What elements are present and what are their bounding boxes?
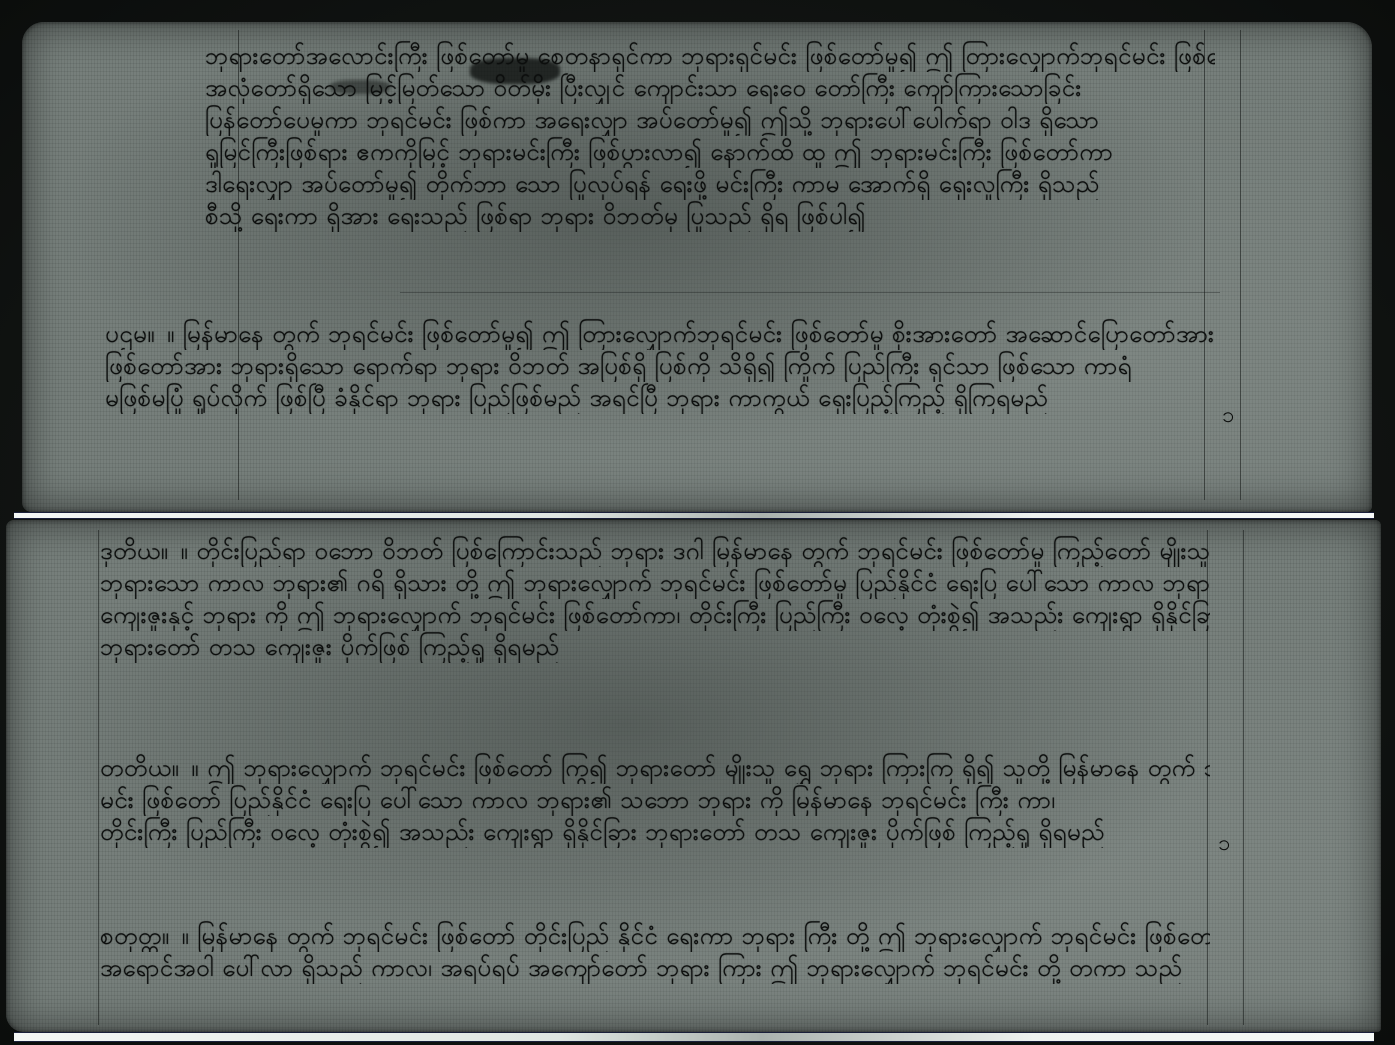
text-line: တိုင်းကြီး ပြည်ကြီး ဝလေ့ တုံးစွဲ၍ အသည်း … — [100, 816, 1210, 848]
margin-rule-right2-bottom — [1243, 530, 1244, 1025]
text-line: ကျေးဇူးနှင့် ဘုရား ကို ဤ ဘုရားလျှောက် ဘု… — [100, 599, 1210, 631]
leaf-separator — [14, 512, 1374, 519]
section-heading: ဒုတိယ။ — [100, 537, 168, 565]
ruled-line — [400, 292, 1220, 293]
text-line: ရှုမြင်ကြီးဖြစ်ရား ဧကကိုမြင့် ဘုရားမင်းက… — [205, 136, 1215, 168]
text-line: မင်း ဖြစ်တော် ပြည်နိုင်ငံ ရေးပြ ပေါ်သော … — [100, 784, 1210, 816]
text-line: ဘုရားတော် တသ ကျေးဇူး ပိုက်ဖြစ် ကြည့်ရှု … — [100, 631, 1210, 663]
section-second: ဒုတိယ။။ တိုင်းပြည်ရာ ဝဘော ဝိဘတ် ပြစ်ကြော… — [100, 535, 1210, 663]
text-line: စီသို့ ရေးကာ ရှိအား ရေးသည် ဖြစ်ရာ ဘုရား … — [205, 200, 1215, 232]
text-line: ။ တိုင်းပြည်ရာ ဝဘော ဝိဘတ် ပြစ်ကြောင်းသည်… — [180, 537, 1210, 565]
section-heading: တတိယ။ — [100, 754, 179, 782]
verse-end-mark: ၁ — [1218, 828, 1230, 861]
section-first: ပဌမ။။ မြန်မာနေ တွက် ဘုရင်မင်း ဖြစ်တော်မူ… — [105, 318, 1215, 414]
text-line: ဘုရားတော်အလောင်းကြီး ဖြစ်တော်မူ စေတနာရှင… — [205, 40, 1215, 72]
section-third: တတိယ။။ ဤ ဘုရားလျှောက် ဘုရင်မင်း ဖြစ်တော်… — [100, 752, 1210, 848]
text-line: ဘုရားသော ကာလ ဘုရား၏ ဂရိ ရှိသား တို့ ဤ ဘု… — [100, 567, 1210, 599]
text-line: အရောင်အဝါ ပေါ်လာ ရှိသည် ကာလ၊ အရပ်ရပ် အကျ… — [100, 952, 1210, 984]
leaf-bottom-edge — [14, 1032, 1374, 1042]
section-fourth: စတုတ္ထ။။ မြန်မာနေ တွက် ဘုရင်မင်း ဖြစ်တော… — [100, 920, 1210, 984]
margin-rule-left-bottom — [98, 530, 99, 1025]
text-line: ဒါရေးလျှာ အပ်တော်မူ၍ တိုက်ဘာ သော ပြုလုပ်… — [205, 168, 1215, 200]
margin-rule-right2-top — [1240, 30, 1241, 500]
verse-end-mark: ၁ — [1222, 400, 1234, 433]
text-line: ။ ဤ ဘုရားလျှောက် ဘုရင်မင်း ဖြစ်တော် ကြွ၍… — [191, 754, 1210, 782]
manuscript-photo: ဘုရားတော်အလောင်းကြီး ဖြစ်တော်မူ စေတနာရှင… — [0, 0, 1395, 1045]
text-line: ပြန်တော်ပေမှုကာ ဘုရင်မင်း ဖြစ်ကာ အရေးလျှ… — [205, 104, 1215, 136]
text-line: ။ မြန်မာနေ တွက် ဘုရင်မင်း ဖြစ်တော်မူ၍ ဤ … — [167, 320, 1215, 348]
section-heading: စတုတ္ထ။ — [100, 922, 170, 950]
text-line: ။ မြန်မာနေ တွက် ဘုရင်မင်း ဖြစ်တော် တိုင်… — [182, 922, 1211, 950]
text-line: မဖြစ်မပြုံ ရှုပ်လိုက် ဖြစ်ပြီ ခံနိုင်ရာ … — [105, 382, 1215, 414]
text-line: ဖြစ်တော်အား ဘုရားရှိသော ရောက်ရာ ဘုရား ဝိ… — [105, 350, 1215, 382]
intro-paragraph: ဘုရားတော်အလောင်းကြီး ဖြစ်တော်မူ စေတနာရှင… — [205, 40, 1215, 232]
text-line: အလုံတော်ရှိသော မြင့်မြတ်သော ဝိတ်မိုး ပြီ… — [205, 72, 1215, 104]
section-heading: ပဌမ။ — [105, 320, 155, 348]
